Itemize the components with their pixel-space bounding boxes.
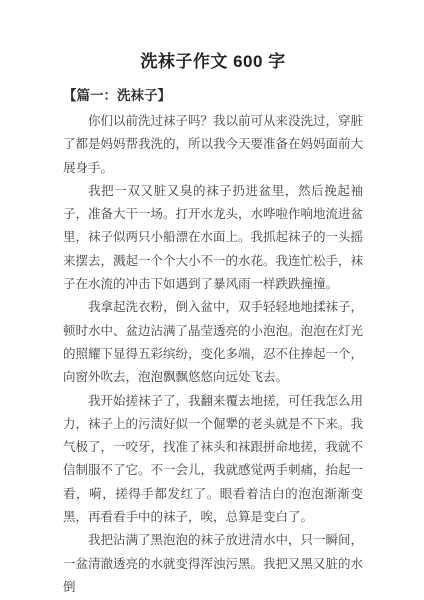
essay-paragraph-1: 你们以前洗过袜子吗？我以前可从来没洗过，穿脏了都是妈妈帮我洗的，所以我今天要准备…	[63, 110, 363, 180]
document-title: 洗袜子作文 600 字	[63, 50, 363, 74]
essay-document-page: 洗袜子作文 600 字 【篇一：洗袜子】 你们以前洗过袜子吗？我以前可从来没洗过…	[0, 0, 424, 600]
essay-paragraph-3: 我拿起洗衣粉，倒入盆中，双手轻轻地地揉袜子，顿时水中、盆边沾满了晶莹透亮的小泡泡…	[63, 296, 363, 389]
essay-paragraph-5: 我把沾满了黑泡泡的袜子放进清水中，只一瞬间，一盆清澈透亮的水就变得浑浊污黑。我把…	[63, 529, 363, 599]
essay-body: 你们以前洗过袜子吗？我以前可从来没洗过，穿脏了都是妈妈帮我洗的，所以我今天要准备…	[63, 110, 363, 599]
essay-paragraph-2: 我把一双又脏又臭的袜子扔进盆里，然后挽起袖子，准备大干一场。打开水龙头，水哗啦作…	[63, 180, 363, 296]
essay-paragraph-4: 我开始搓袜子了，我翻来覆去地搓，可任我怎么用力，袜子上的污渍好似一个倔犟的老头就…	[63, 390, 363, 530]
section-heading: 【篇一：洗袜子】	[63, 87, 363, 105]
